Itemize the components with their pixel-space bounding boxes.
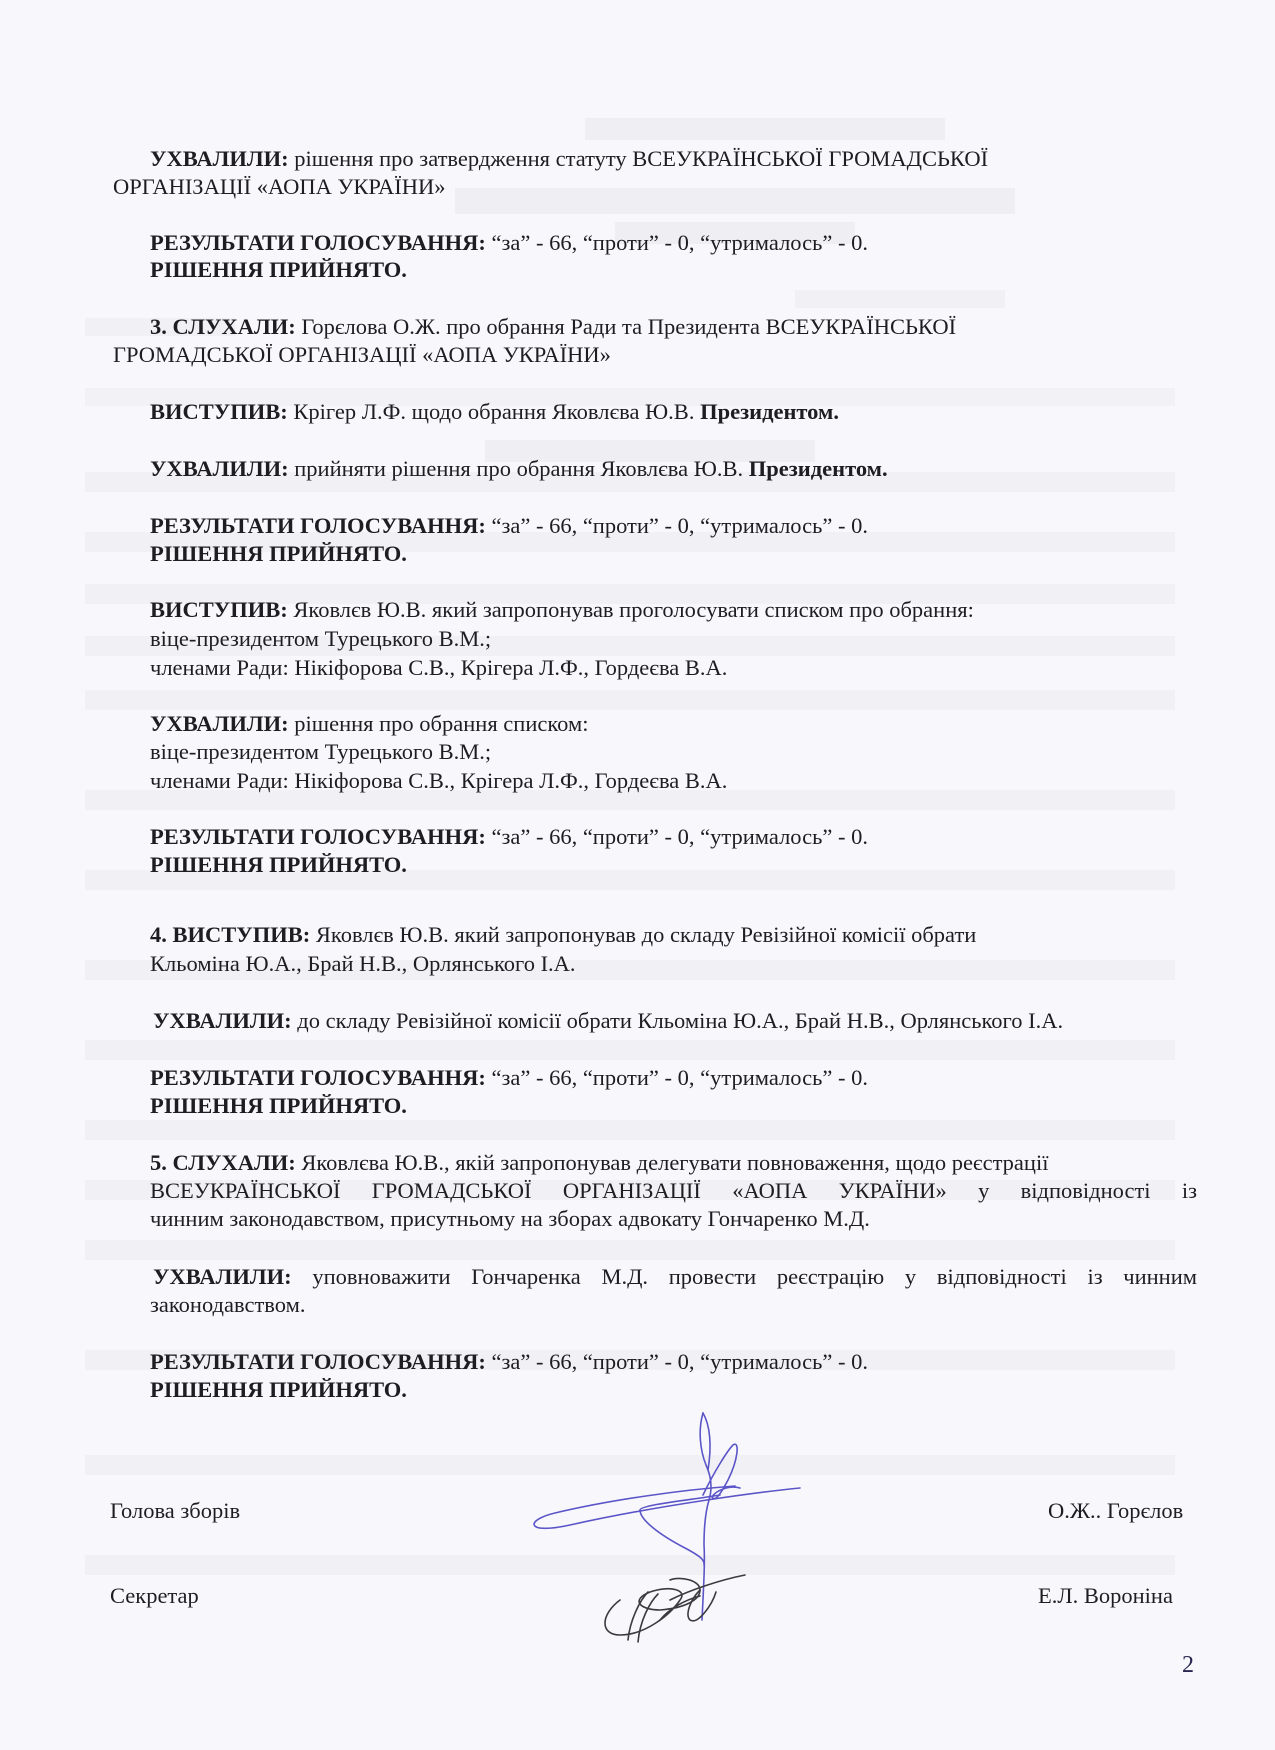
section-label: ВИСТУПИВ: (150, 399, 288, 424)
list-line: віце-президентом Турецького В.М.; (150, 625, 491, 652)
section-label: УХВАЛИЛИ: (153, 1008, 292, 1033)
resolution-audit-commission: УХВАЛИЛИ: до складу Ревізійної комісії о… (153, 1007, 1063, 1034)
section-text: Горєлова О.Ж. про обрання Ради та Презид… (296, 314, 956, 339)
page-number: 2 (1182, 1652, 1194, 1679)
section-text: Яковлєв Ю.В. який запропонував проголосу… (288, 597, 974, 622)
resolution-registration: УХВАЛИЛИ: уповноважити Гончаренка М.Д. п… (153, 1263, 1197, 1290)
heard-item-5-line: чинним законодавством, присутньому на зб… (150, 1205, 870, 1232)
decision-adopted: РІШЕННЯ ПРИЙНЯТО. (150, 1092, 407, 1119)
speech-audit-commission: 4. ВИСТУПИВ: Яковлєв Ю.В. який запропону… (150, 921, 1197, 948)
list-line: віце-президентом Турецького В.М.; (150, 738, 491, 765)
chair-name: О.Ж.. Горєлов (1048, 1497, 1183, 1524)
list-line: членами Ради: Нікіфорова С.В., Крігера Л… (150, 654, 727, 681)
list-line: членами Ради: Нікіфорова С.В., Крігера Л… (150, 767, 727, 794)
resolution-statute-continuation: ОРГАНІЗАЦІЇ «АОПА УКРАЇНИ» (113, 173, 446, 200)
heard-item-5-line: ВСЕУКРАЇНСЬКОЇ ГРОМАДСЬКОЇ ОРГАНІЗАЦІЇ «… (150, 1177, 1197, 1204)
section-label: ВИСТУПИВ: (150, 597, 288, 622)
secretary-role: Секретар (110, 1582, 199, 1609)
section-label: УХВАЛИЛИ: (153, 1264, 292, 1289)
section-label: УХВАЛИЛИ: (150, 146, 289, 171)
heard-item-3: 3. СЛУХАЛИ: Горєлова О.Ж. про обрання Ра… (150, 313, 956, 340)
section-text: прийняти рішення про обрання Яковлєва Ю.… (289, 456, 749, 481)
speech-yakovlev-list: ВИСТУПИВ: Яковлєв Ю.В. який запропонував… (150, 596, 974, 623)
decision-adopted: РІШЕННЯ ПРИЙНЯТО. (150, 851, 407, 878)
chair-signature-icon (534, 1413, 800, 1620)
voting-results: РЕЗУЛЬТАТИ ГОЛОСУВАННЯ: “за” - 66, “прот… (150, 229, 868, 256)
section-text: Яковлєв Ю.В. який запропонував до складу… (310, 922, 976, 947)
voting-results: РЕЗУЛЬТАТИ ГОЛОСУВАННЯ: “за” - 66, “прот… (150, 823, 868, 850)
resolution-statute: УХВАЛИЛИ: рішення про затвердження стату… (150, 145, 988, 172)
secretary-signature-icon (605, 1575, 745, 1642)
heard-item-3-continuation: ГРОМАДСЬКОЇ ОРГАНІЗАЦІЇ «АОПА УКРАЇНИ» (113, 341, 611, 368)
section-label: УХВАЛИЛИ: (150, 456, 289, 481)
section-text: Яковлєва Ю.В., якій запропонував делегув… (296, 1150, 1049, 1175)
voting-results: РЕЗУЛЬТАТИ ГОЛОСУВАННЯ: “за” - 66, “прот… (150, 1064, 868, 1091)
bold-tail: Президентом. (700, 399, 839, 424)
section-label: РЕЗУЛЬТАТИ ГОЛОСУВАННЯ: (150, 1065, 486, 1090)
section-label: РЕЗУЛЬТАТИ ГОЛОСУВАННЯ: (150, 824, 486, 849)
section-text: до складу Ревізійної комісії обрати Кльо… (292, 1008, 1063, 1033)
section-label: 4. ВИСТУПИВ: (150, 922, 310, 947)
section-text: рішення про обрання списком: (289, 711, 589, 736)
secretary-name: Е.Л. Вороніна (1038, 1582, 1173, 1609)
decision-adopted: РІШЕННЯ ПРИЙНЯТО. (150, 256, 407, 283)
vote-counts: “за” - 66, “проти” - 0, “утрималось” - 0… (486, 230, 868, 255)
vote-counts: “за” - 66, “проти” - 0, “утрималось” - 0… (486, 824, 868, 849)
resolution-registration-continuation: законодавством. (150, 1291, 305, 1318)
section-text: Крігер Л.Ф. щодо обрання Яковлєва Ю.В. (288, 399, 700, 424)
resolution-president: УХВАЛИЛИ: прийняти рішення про обрання Я… (150, 455, 888, 482)
decision-adopted: РІШЕННЯ ПРИЙНЯТО. (150, 1376, 407, 1403)
heard-item-5: 5. СЛУХАЛИ: Яковлєва Ю.В., якій запропон… (150, 1149, 1197, 1176)
section-label: РЕЗУЛЬТАТИ ГОЛОСУВАННЯ: (150, 1349, 486, 1374)
section-label: 3. СЛУХАЛИ: (150, 314, 296, 339)
resolution-list: УХВАЛИЛИ: рішення про обрання списком: (150, 710, 588, 737)
decision-adopted: РІШЕННЯ ПРИЙНЯТО. (150, 540, 407, 567)
vote-counts: “за” - 66, “проти” - 0, “утрималось” - 0… (486, 1349, 868, 1374)
voting-results: РЕЗУЛЬТАТИ ГОЛОСУВАННЯ: “за” - 66, “прот… (150, 1348, 868, 1375)
section-label: РЕЗУЛЬТАТИ ГОЛОСУВАННЯ: (150, 513, 486, 538)
section-text: рішення про затвердження статуту ВСЕУКРА… (289, 146, 988, 171)
document-page: УХВАЛИЛИ: рішення про затвердження стату… (0, 0, 1275, 1750)
voting-results: РЕЗУЛЬТАТИ ГОЛОСУВАННЯ: “за” - 66, “прот… (150, 512, 868, 539)
bold-tail: Президентом. (749, 456, 888, 481)
vote-counts: “за” - 66, “проти” - 0, “утрималось” - 0… (486, 1065, 868, 1090)
speech-krieger: ВИСТУПИВ: Крігер Л.Ф. щодо обрання Яковл… (150, 398, 839, 425)
section-text: уповноважити Гончаренка М.Д. провести ре… (292, 1264, 1197, 1289)
section-label: РЕЗУЛЬТАТИ ГОЛОСУВАННЯ: (150, 230, 486, 255)
section-label: УХВАЛИЛИ: (150, 711, 289, 736)
vote-counts: “за” - 66, “проти” - 0, “утрималось” - 0… (486, 513, 868, 538)
speech-audit-commission-continuation: Кльоміна Ю.А., Брай Н.В., Орлянського І.… (150, 950, 576, 977)
section-label: 5. СЛУХАЛИ: (150, 1150, 296, 1175)
chair-role: Голова зборів (110, 1497, 240, 1524)
